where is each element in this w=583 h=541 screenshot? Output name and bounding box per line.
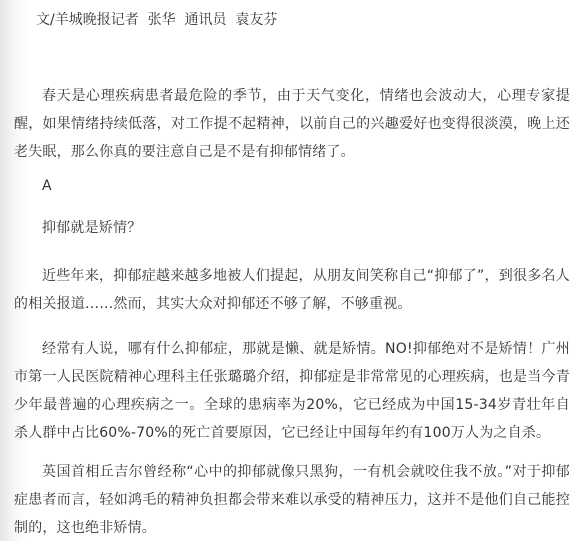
byline: 文/羊城晚报记者 张华 通讯员 袁友芬 (36, 10, 277, 30)
section-heading: 抑郁就是矫情？ (14, 214, 570, 242)
body-paragraph: 英国首相丘吉尔曾经称“心中的抑郁就像只黑狗，一有机会就咬住我不放。”对于抑郁症患… (14, 458, 570, 541)
section-marker: A (14, 172, 570, 200)
body-paragraph: 近些年来，抑郁症越来越多地被人们提起，从朋友间笑称自己“抑郁了”，到很多名人的相… (14, 262, 570, 318)
body-paragraph: 经常有人说，哪有什么抑郁症，那就是懒、就是矫情。NO!抑郁绝对不是矫情！广州市第… (14, 335, 570, 447)
intro-paragraph: 春天是心理疾病患者最危险的季节，由于天气变化，情绪也会波动大，心理专家提醒，如果… (14, 82, 570, 166)
